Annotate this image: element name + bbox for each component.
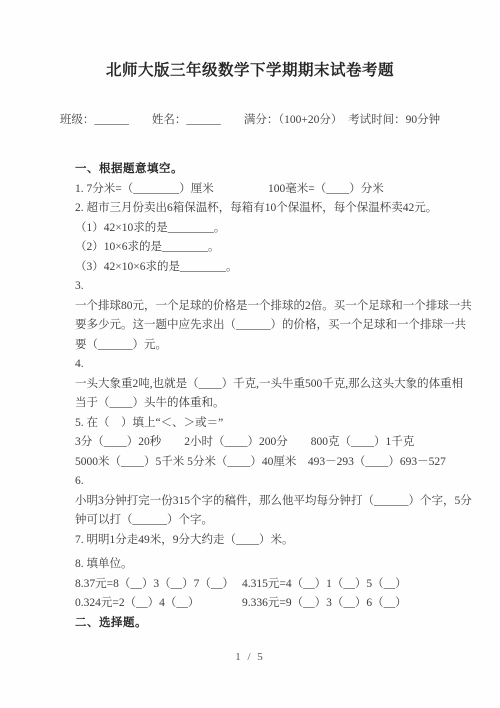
question-1-right: 100毫米=（____）分米	[268, 180, 384, 200]
question-3-line1: 一个排球80元，一个足球的价格是一个排球的2倍。买一个足球和一个排球一共	[75, 297, 457, 317]
section-header-choice: 二、选择题。	[75, 614, 457, 634]
question-5-row2: 5000米（____）5千米 5分米（____）40厘米 493－293（___…	[75, 453, 457, 473]
question-4-line2: 当于（____）头牛的体重和。	[75, 394, 457, 414]
question-8-row1: 8.37元=8（__）3（__）7（__） 4.315元=4（__）1（__）5…	[75, 575, 457, 595]
question-8-row2: 0.324元=2（__）4（__） 9.336元=9（__）3（__）6（__）	[75, 594, 457, 614]
exam-info-line: 班级：______ 姓名：______ 满分：（100+20分） 考试时间：90…	[0, 111, 500, 127]
question-6-number: 6.	[75, 472, 457, 492]
question-6-line1: 小明3分钟打完一份315个字的稿件，那么他平均每分钟打（______）个字，5分	[75, 492, 457, 512]
question-8-row1-right: 4.315元=4（__）1（__）5（__）	[242, 575, 407, 595]
question-5-row1: 3分（____）20秒 2小时（____）200分 800克（____）1千克	[75, 433, 457, 453]
question-8-stem: 8. 填单位。	[75, 555, 457, 575]
question-8-row1-left: 8.37元=8（__）3（__）7（__）	[75, 575, 242, 595]
question-8-row2-right: 9.336元=9（__）3（__）6（__）	[242, 594, 407, 614]
question-8-row2-left: 0.324元=2（__）4（__）	[75, 594, 242, 614]
page-number-indicator: 1 / 5	[0, 651, 500, 663]
question-2-stem: 2. 超市三月份卖出6箱保温杯，每箱有10个保温杯，每个保温杯卖42元。	[75, 199, 457, 219]
question-2-sub3: （3）42×10×6求的是________。	[75, 258, 457, 278]
question-3-line2: 要多少元。这一题中应先求出（______）的价格，买一个足球和一个排球一共	[75, 316, 457, 336]
section-header-fill-blanks: 一、根据题意填空。	[75, 160, 457, 180]
question-1: 1. 7分米=（________）厘米 100毫米=（____）分米	[75, 180, 457, 200]
question-2-sub1: （1）42×10求的是________。	[75, 219, 457, 239]
question-4-number: 4.	[75, 355, 457, 375]
question-3-number: 3.	[75, 277, 457, 297]
exam-title: 北师大版三年级数学下学期期末试卷考题	[0, 58, 500, 80]
question-7: 7. 明明1分走49米，9分大约走（____）米。	[75, 531, 457, 551]
exam-paper-page: 北师大版三年级数学下学期期末试卷考题 班级：______ 姓名：______ 满…	[0, 0, 500, 708]
question-6-line2: 钟可以打（______）个字。	[75, 511, 457, 531]
exam-body: 一、根据题意填空。 1. 7分米=（________）厘米 100毫米=（___…	[75, 160, 457, 633]
question-5-stem: 5. 在（ ）填上“＜、＞或＝”	[75, 414, 457, 434]
question-3-line3: 要（______）元。	[75, 336, 457, 356]
question-4-line1: 一头大象重2吨,也就是（____）千克,一头牛重500千克,那么这头大象的体重相	[75, 375, 457, 395]
question-2-sub2: （2）10×6求的是________。	[75, 238, 457, 258]
question-1-left: 1. 7分米=（________）厘米	[75, 180, 268, 200]
